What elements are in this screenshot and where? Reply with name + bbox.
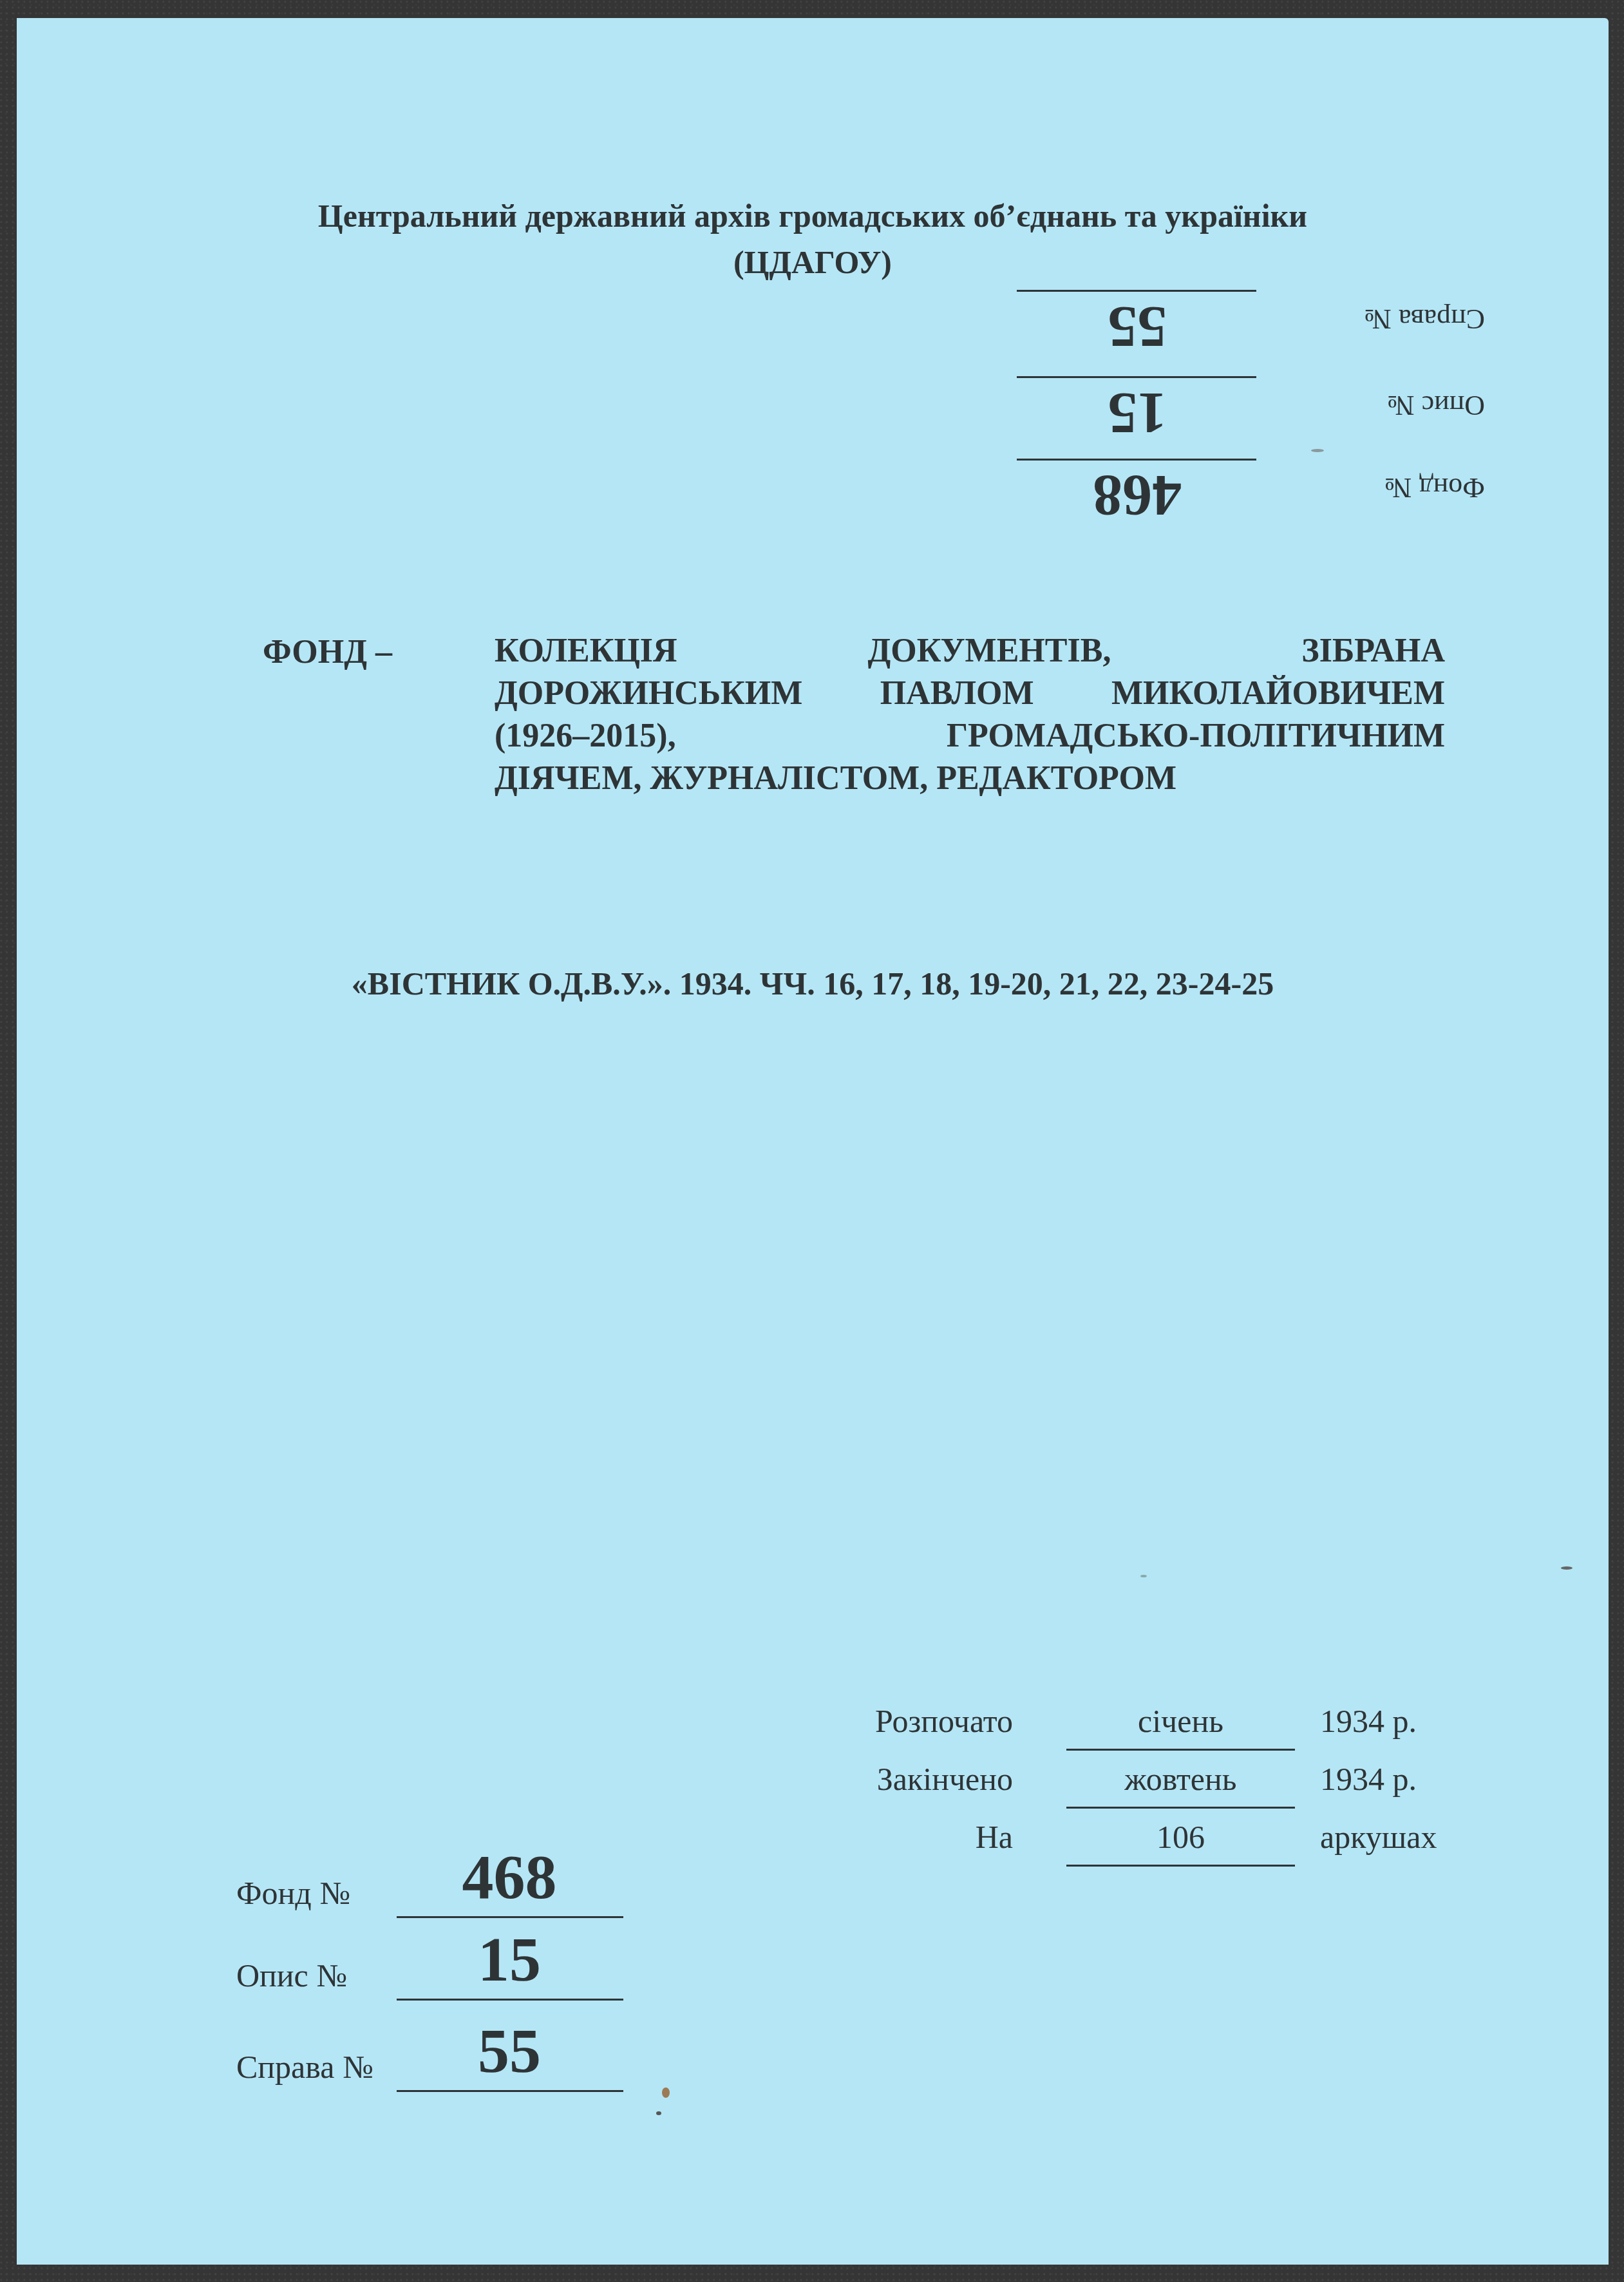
paper-speck xyxy=(656,2111,661,2115)
date-suffix: аркушах xyxy=(1320,1818,1437,1856)
fond-title-line: ДІЯЧЕМ, ЖУРНАЛІСТОМ, РЕДАКТОРОМ xyxy=(495,757,1445,800)
date-rule xyxy=(1066,1865,1295,1867)
ref-label: Справа № xyxy=(236,2048,373,2086)
paper-speck xyxy=(1311,449,1324,452)
date-row-finished: Закінчено жовтень 1934 р. xyxy=(873,1760,1478,1818)
date-value: жовтень xyxy=(1066,1760,1295,1798)
fond-title: КОЛЕКЦІЯ ДОКУМЕНТІВ, ЗІБРАНА ДОРОЖИНСЬКИ… xyxy=(495,630,1445,800)
paper-speck xyxy=(1561,1566,1572,1570)
ref-value: 15 xyxy=(397,1928,622,1992)
date-label: Розпочато xyxy=(875,1702,1013,1740)
spine-label: Справа № xyxy=(1364,303,1485,336)
ref-label: Фонд № xyxy=(236,1874,350,1912)
case-title: «ВІСТНИК О.Д.В.У.». 1934. ЧЧ. 16, 17, 18… xyxy=(17,965,1609,1002)
date-row-sheets: На 106 аркушах xyxy=(873,1818,1478,1876)
ref-value: 55 xyxy=(397,2020,622,2083)
ref-row-opys: Опис № 15 xyxy=(213,1917,664,2001)
paper-speck xyxy=(662,2087,670,2098)
spine-value: 55 xyxy=(1018,298,1256,357)
date-label: На xyxy=(976,1818,1013,1856)
spine-label-inverted: Фонд № 468 Опис № 15 Справа № 55 xyxy=(996,301,1485,540)
ref-value: 468 xyxy=(397,1846,622,1909)
fond-title-line: (1926–2015), ГРОМАДСЬКО-ПОЛІТИЧНИМ xyxy=(495,715,1445,757)
date-suffix: 1934 р. xyxy=(1320,1760,1417,1798)
spine-row-fond: Фонд № 468 xyxy=(996,462,1485,540)
archive-abbreviation: (ЦДАГОУ) xyxy=(17,243,1609,281)
date-suffix: 1934 р. xyxy=(1320,1702,1417,1740)
ref-rule xyxy=(397,2090,623,2092)
ref-row-fond: Фонд № 468 xyxy=(213,1834,664,1918)
ref-row-sprava: Справа № 55 xyxy=(213,2008,664,2092)
ref-label: Опис № xyxy=(236,1957,347,1994)
spine-row-sprava: Справа № 55 xyxy=(996,294,1485,371)
spine-rule xyxy=(1017,290,1256,292)
archive-name: Центральний державний архів громадських … xyxy=(17,197,1609,234)
date-rule xyxy=(1066,1807,1295,1809)
spine-rule xyxy=(1017,459,1256,461)
reference-block: Фонд № 468 Опис № 15 Справа № 55 xyxy=(213,1834,664,2105)
date-rule xyxy=(1066,1749,1295,1751)
archive-cover-sheet: Центральний державний архів громадських … xyxy=(17,18,1609,2265)
spine-value: 468 xyxy=(1018,466,1256,526)
fond-label: ФОНД – xyxy=(263,633,392,671)
date-range-block: Розпочато січень 1934 р. Закінчено жовте… xyxy=(873,1702,1478,1876)
date-label: Закінчено xyxy=(877,1760,1013,1798)
ref-rule xyxy=(397,1999,623,2001)
spine-row-opys: Опис № 15 xyxy=(996,380,1485,457)
fond-title-line: КОЛЕКЦІЯ ДОКУМЕНТІВ, ЗІБРАНА xyxy=(495,630,1445,672)
spine-label: Фонд № xyxy=(1384,471,1485,504)
sheet-count: 106 xyxy=(1066,1818,1295,1856)
fond-title-line: ДОРОЖИНСЬКИМ ПАВЛОМ МИКОЛАЙОВИЧЕМ xyxy=(495,672,1445,715)
paper-speck xyxy=(1140,1575,1147,1577)
date-row-started: Розпочато січень 1934 р. xyxy=(873,1702,1478,1760)
spine-value: 15 xyxy=(1018,384,1256,443)
spine-label: Опис № xyxy=(1388,389,1485,422)
spine-rule xyxy=(1017,376,1256,378)
date-value: січень xyxy=(1066,1702,1295,1740)
